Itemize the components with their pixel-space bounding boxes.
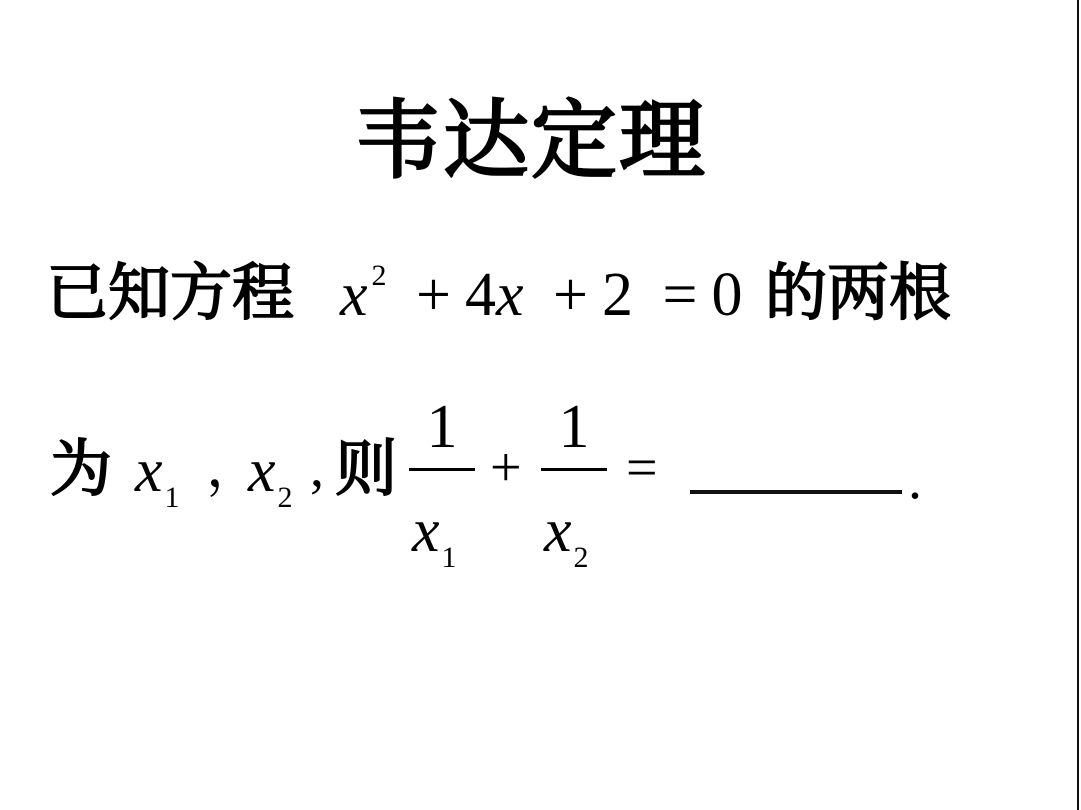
fraction-2-den-var: x xyxy=(544,497,572,565)
fraction-1-bar xyxy=(409,468,475,471)
page-title: 韦达定理 xyxy=(355,98,707,184)
eq-coef: 4 xyxy=(465,261,496,329)
eq-plus2: + xyxy=(553,261,588,329)
root-x1-sub: 1 xyxy=(165,481,180,514)
fraction-1-over-x2: 1 x2 xyxy=(538,396,610,566)
problem-text-wei: 为 xyxy=(50,438,112,500)
root-x2: x2 xyxy=(248,440,293,502)
answer-blank xyxy=(690,490,902,494)
fraction-1-over-x1: 1 x1 xyxy=(406,396,478,566)
eq-exponent: 2 xyxy=(372,259,387,292)
fraction-2-bar xyxy=(541,468,607,471)
eq-plus: + xyxy=(416,261,451,329)
fraction-2-denominator: x2 xyxy=(544,500,589,562)
root-x2-sub: 2 xyxy=(278,481,293,514)
equals-sign: = xyxy=(626,440,658,496)
fraction-2-numerator: 1 xyxy=(538,396,610,458)
eq-var-x2: x xyxy=(496,261,524,329)
root-x1: x1 xyxy=(135,440,180,502)
problem-text-ze: 则 xyxy=(335,438,397,500)
root-x1-var: x xyxy=(135,437,163,505)
problem-text-prefix: 已知方程 xyxy=(46,262,294,324)
fraction-1-den-var: x xyxy=(412,497,440,565)
fraction-1-numerator: 1 xyxy=(406,396,478,458)
eq-const: 2 xyxy=(602,261,633,329)
root-x2-var: x xyxy=(248,437,276,505)
problem-text-suffix: 的两根 xyxy=(765,262,951,324)
end-period: . xyxy=(908,452,922,508)
eq-rhs: 0 xyxy=(711,261,742,329)
separator-comma-2: , xyxy=(310,440,324,496)
eq-var-x: x xyxy=(340,261,368,329)
fraction-2-den-sub: 2 xyxy=(574,541,589,574)
right-border xyxy=(1077,0,1079,810)
eq-equals: = xyxy=(663,261,698,329)
plus-sign: + xyxy=(490,440,522,496)
fraction-1-den-sub: 1 xyxy=(442,541,457,574)
fraction-1-denominator: x1 xyxy=(412,500,457,562)
quadratic-equation: x2 +4x +2 =0 xyxy=(340,264,742,326)
